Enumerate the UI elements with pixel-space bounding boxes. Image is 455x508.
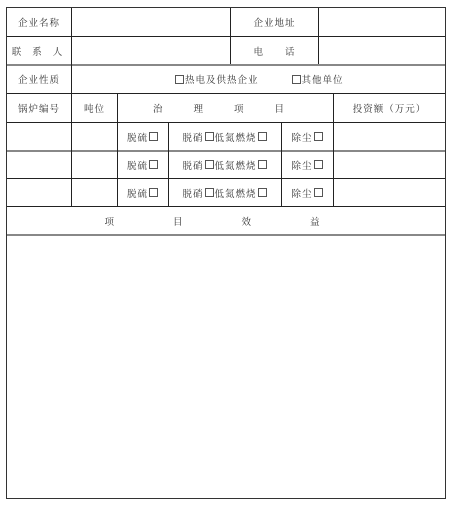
option-label: 低氮燃烧: [215, 130, 257, 144]
boiler-no-header: 锅炉编号: [7, 94, 71, 122]
boiler-treatment-form: 企业名称 企业地址 联 系 人 电 话 企业性质 热电及供热企业 其他单位 锅炉…: [6, 7, 446, 499]
investment-header: 投资额（万元）: [334, 94, 445, 122]
option-label: 除尘: [291, 158, 312, 172]
option-label: 脱硝: [182, 158, 203, 172]
option-label: 除尘: [291, 130, 312, 144]
tonnage-field[interactable]: [72, 151, 117, 178]
company-nature-options: 热电及供热企业 其他单位: [72, 65, 445, 93]
investment-field[interactable]: [334, 151, 445, 178]
checkbox-icon[interactable]: [258, 188, 267, 197]
option-label: 低氮燃烧: [215, 186, 257, 200]
contact-label: 联 系 人: [7, 37, 71, 64]
tonnage-field[interactable]: [72, 123, 117, 150]
company-nature-label: 企业性质: [7, 65, 71, 93]
checkbox-icon[interactable]: [314, 160, 323, 169]
denitrification-option[interactable]: 脱硝低氮燃烧: [169, 123, 281, 150]
denitrification-option[interactable]: 脱硝低氮燃烧: [169, 151, 281, 178]
desulfurization-option[interactable]: 脱硫: [118, 151, 168, 178]
checkbox-icon[interactable]: [149, 132, 158, 141]
checkbox-icon[interactable]: [292, 75, 301, 84]
checkbox-icon[interactable]: [205, 188, 214, 197]
option-label: 低氮燃烧: [215, 158, 257, 172]
option-label: 脱硫: [127, 130, 148, 144]
treatment-project-header: 治 理 项 目: [118, 94, 333, 122]
company-address-label: 企业地址: [231, 8, 318, 36]
company-address-field[interactable]: [319, 8, 445, 36]
company-name-label: 企业名称: [7, 8, 71, 36]
dust-removal-option[interactable]: 除尘: [282, 123, 333, 150]
boiler-no-field[interactable]: [7, 151, 71, 178]
checkbox-icon[interactable]: [205, 132, 214, 141]
option-label: 脱硝: [182, 186, 203, 200]
checkbox-icon[interactable]: [149, 188, 158, 197]
investment-field[interactable]: [334, 179, 445, 206]
checkbox-icon[interactable]: [258, 132, 267, 141]
dust-removal-option[interactable]: 除尘: [282, 179, 333, 206]
option-label: 除尘: [291, 186, 312, 200]
phone-field[interactable]: [319, 37, 445, 64]
checkbox-icon[interactable]: [205, 160, 214, 169]
checkbox-icon[interactable]: [314, 188, 323, 197]
desulfurization-option[interactable]: 脱硫: [118, 123, 168, 150]
investment-field[interactable]: [334, 123, 445, 150]
tonnage-field[interactable]: [72, 179, 117, 206]
contact-field[interactable]: [72, 37, 230, 64]
dust-removal-option[interactable]: 除尘: [282, 151, 333, 178]
option-thermal-power[interactable]: 热电及供热企业: [174, 72, 259, 86]
option-label: 脱硫: [127, 186, 148, 200]
option-other[interactable]: 其他单位: [291, 72, 344, 86]
option-label: 热电及供热企业: [185, 75, 259, 86]
project-benefit-field[interactable]: [7, 236, 445, 498]
boiler-no-field[interactable]: [7, 179, 71, 206]
checkbox-icon[interactable]: [314, 132, 323, 141]
checkbox-icon[interactable]: [258, 160, 267, 169]
option-label: 其他单位: [302, 75, 344, 86]
boiler-no-field[interactable]: [7, 123, 71, 150]
checkbox-icon[interactable]: [149, 160, 158, 169]
option-label: 脱硫: [127, 158, 148, 172]
option-label: 脱硝: [182, 130, 203, 144]
project-benefit-label: 项 目 效 益: [7, 207, 445, 234]
denitrification-option[interactable]: 脱硝低氮燃烧: [169, 179, 281, 206]
phone-label: 电 话: [231, 37, 318, 64]
desulfurization-option[interactable]: 脱硫: [118, 179, 168, 206]
company-name-field[interactable]: [72, 8, 230, 36]
checkbox-icon[interactable]: [175, 75, 184, 84]
tonnage-header: 吨位: [72, 94, 117, 122]
